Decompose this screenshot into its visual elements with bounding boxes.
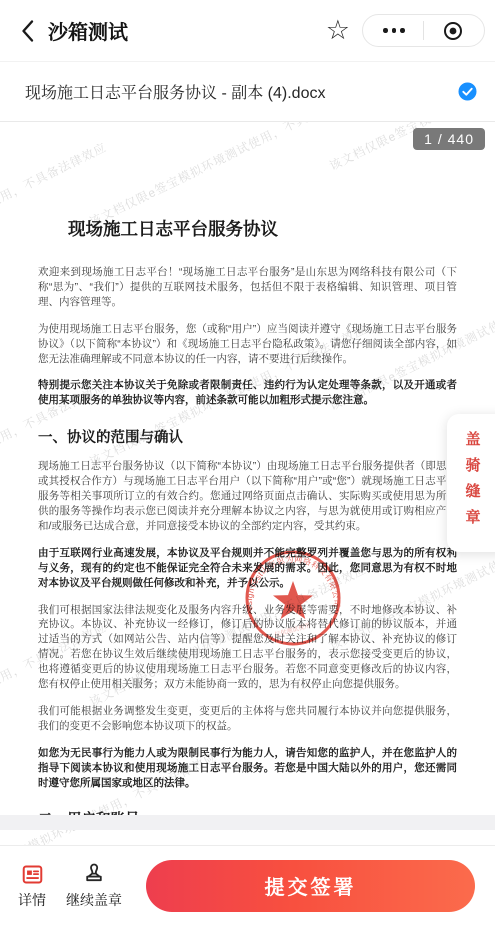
ellipsis-icon (383, 28, 405, 33)
continue-stamp-button[interactable]: 继续盖章 (66, 862, 122, 910)
seam-seal-label: 盖骑缝章 (462, 431, 483, 535)
close-minimize-button[interactable] (424, 15, 482, 46)
back-button[interactable] (14, 18, 40, 44)
doc-paragraph: 现场施工日志平台服务协议（以下简称“本协议”）由现场施工日志平台服务提供者（即思… (38, 459, 457, 534)
more-options-button[interactable] (365, 15, 423, 46)
page-gap-divider (0, 815, 495, 830)
doc-section-heading: 一、协议的范围与确认 (38, 426, 457, 447)
miniprogram-capsule (362, 14, 485, 47)
bottom-action-bar: 详情 继续盖章 提交签署 (0, 845, 495, 939)
stamp-icon (82, 862, 106, 886)
page-indicator: 1 / 440 (413, 128, 485, 150)
doc-paragraph: 欢迎来到现场施工日志平台！“现场施工日志平台服务”是山东思为网络科技有限公司（下… (38, 265, 457, 310)
doc-paragraph: 为使用现场施工日志平台服务，您（或称“用户”）应当阅读并遵守《现场施工日志平台服… (38, 322, 457, 367)
doc-paragraph: 我们可能根据业务调整发生变更，变更后的主体将与您共同履行本协议并向您提供服务，我… (38, 704, 457, 734)
seam-seal-button[interactable]: 盖骑缝章 (447, 414, 495, 552)
record-dot-icon (442, 20, 464, 42)
favorite-star-icon[interactable]: ☆ (326, 17, 350, 44)
submit-sign-button[interactable]: 提交签署 (146, 860, 475, 912)
doc-paragraph-bold: 特别提示您关注本协议关于免除或者限制责任、违约行为认定处理等条款，以及开通或者使… (38, 378, 457, 408)
document-viewer: 该文档仅限e签宝模拟环境测试使用，不具备法律效应 该文档仅限e签宝模拟环境测试使… (0, 122, 495, 845)
document-title: 现场施工日志平台服务协议 (68, 216, 457, 241)
doc-paragraph-bold: 如您为无民事行为能力人或为限制民事行为能力人，请告知您的监护人，并在您监护人的指… (38, 746, 457, 791)
detail-button[interactable]: 详情 (18, 862, 46, 910)
seal-star-icon (273, 581, 313, 619)
document-page: 现场施工日志平台服务协议 欢迎来到现场施工日志平台！“现场施工日志平台服务”是山… (0, 122, 495, 829)
page-title: 沙箱测试 (48, 16, 326, 45)
company-seal-stamp[interactable]: esignTest山东思为网络科技有限公司 仅供测试使用 (243, 548, 343, 648)
file-name: 现场施工日志平台服务协议 - 副本 (4).docx (25, 80, 458, 103)
chevron-left-icon (21, 19, 34, 43)
detail-label: 详情 (18, 890, 46, 910)
nav-bar: 沙箱测试 ☆ (0, 0, 495, 62)
seal-note-text: 仅供测试使用 (274, 621, 312, 639)
check-circle-icon (458, 82, 477, 101)
app-screen: 沙箱测试 ☆ 现场施工日志平台服务协议 - 副本 (4).docx 该文档仅限e… (0, 0, 495, 939)
document-icon (21, 863, 44, 886)
file-bar[interactable]: 现场施工日志平台服务协议 - 副本 (4).docx (0, 62, 495, 122)
continue-stamp-label: 继续盖章 (66, 890, 122, 910)
